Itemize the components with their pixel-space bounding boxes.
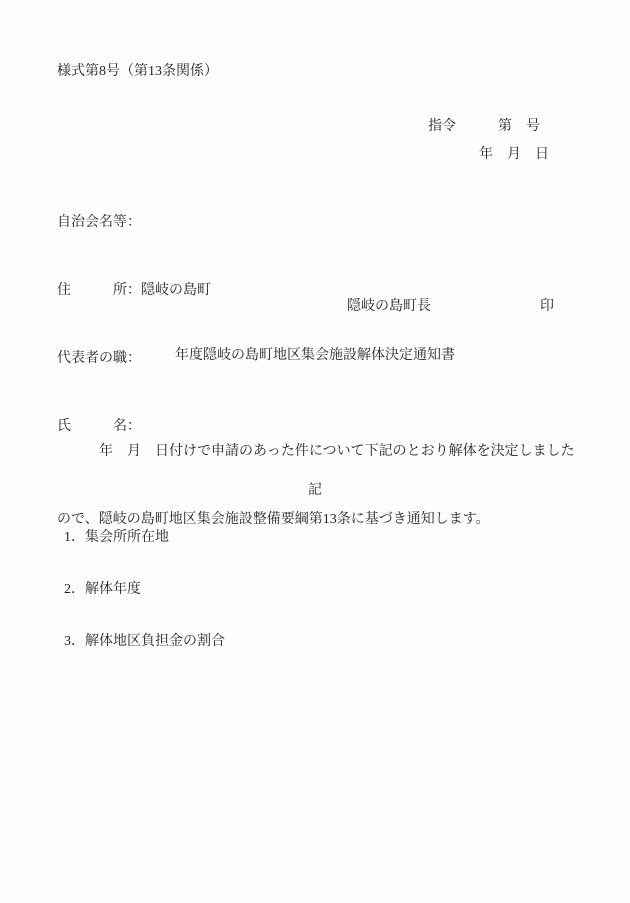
seal-placeholder: 印 (540, 297, 554, 317)
addressee-address: 住 所：隠岐の島町 (57, 277, 211, 305)
record-marker: 記 (0, 481, 630, 501)
addressee-association-name: 自治会名等： (57, 209, 211, 237)
directive-number-line: 指令 第 号 (428, 117, 540, 137)
list-item-district-burden-ratio: 3．解体地区負担金の割合 (64, 632, 225, 652)
document-title: 年度隠岐の島町地区集会施設解体決定通知書 (0, 346, 630, 366)
list-item-meeting-hall-location: 1．集会所所在地 (64, 528, 169, 548)
list-item-demolition-fiscal-year: 2．解体年度 (64, 580, 141, 600)
document-page: 様式第8号（第13条関係） 指令 第 号 年 月 日 自治会名等： 住 所：隠岐… (0, 0, 630, 903)
issue-date-line: 年 月 日 (479, 145, 549, 165)
form-number: 様式第8号（第13条関係） (57, 62, 218, 82)
body-line-1: 年 月 日付けで申請のあった件について下記のとおり解体を決定しました (57, 438, 577, 466)
issuer-mayor-name: 隠岐の島町長 (347, 297, 431, 317)
